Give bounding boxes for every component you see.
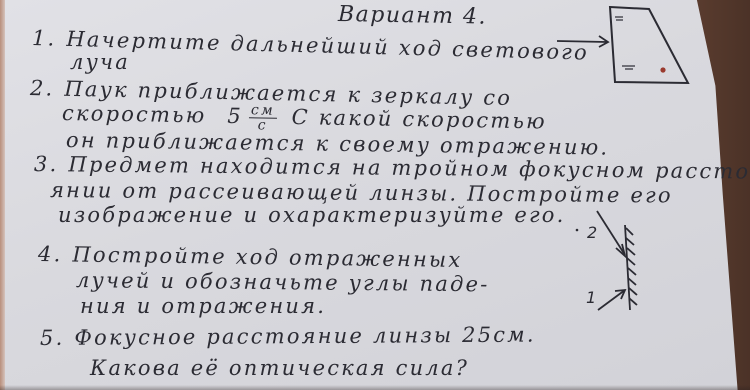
ray-2-arrow-icon [597, 211, 625, 256]
incoming-ray-arrow-icon [557, 36, 608, 47]
mirror-diagram: 2 1 [575, 208, 645, 313]
task-number: 4. [38, 242, 63, 266]
variant-title: Вариант 4. [338, 2, 487, 30]
stray-dot [576, 229, 579, 232]
task-5-line-1: 5.Фокусное расстояние линзы 25см. [40, 323, 536, 350]
mirror-surface [625, 225, 637, 310]
hatch-mark-icon [615, 17, 635, 69]
task-1-line-2: луча [70, 50, 130, 74]
task-number: 1. [32, 26, 57, 51]
task-4-line-2: лучей и обозначьте углы паде- [76, 268, 490, 296]
bottom-shadow [0, 385, 750, 390]
prism-diagram [555, 0, 705, 95]
speed-unit-fraction: смс [249, 103, 277, 132]
ray-label-2: 2 [587, 223, 597, 242]
task-number: 2. [30, 76, 55, 101]
ray-label-1: 1 [586, 288, 596, 307]
task-number: 3. [34, 152, 59, 176]
trapezoid-prism-shape [610, 7, 688, 83]
task-4-line-3: ния и отражения. [80, 294, 326, 318]
table-edge [0, 0, 5, 390]
task-number: 5. [40, 326, 65, 350]
ray-1-arrow-icon [598, 290, 625, 310]
task-5-line-2: Какова её оптическая сила? [90, 356, 469, 380]
speed-value: 5 [227, 104, 243, 128]
task-3-line-3: изображение и охарактеризуйте его. [58, 203, 566, 227]
focal-dot-icon [660, 67, 665, 72]
